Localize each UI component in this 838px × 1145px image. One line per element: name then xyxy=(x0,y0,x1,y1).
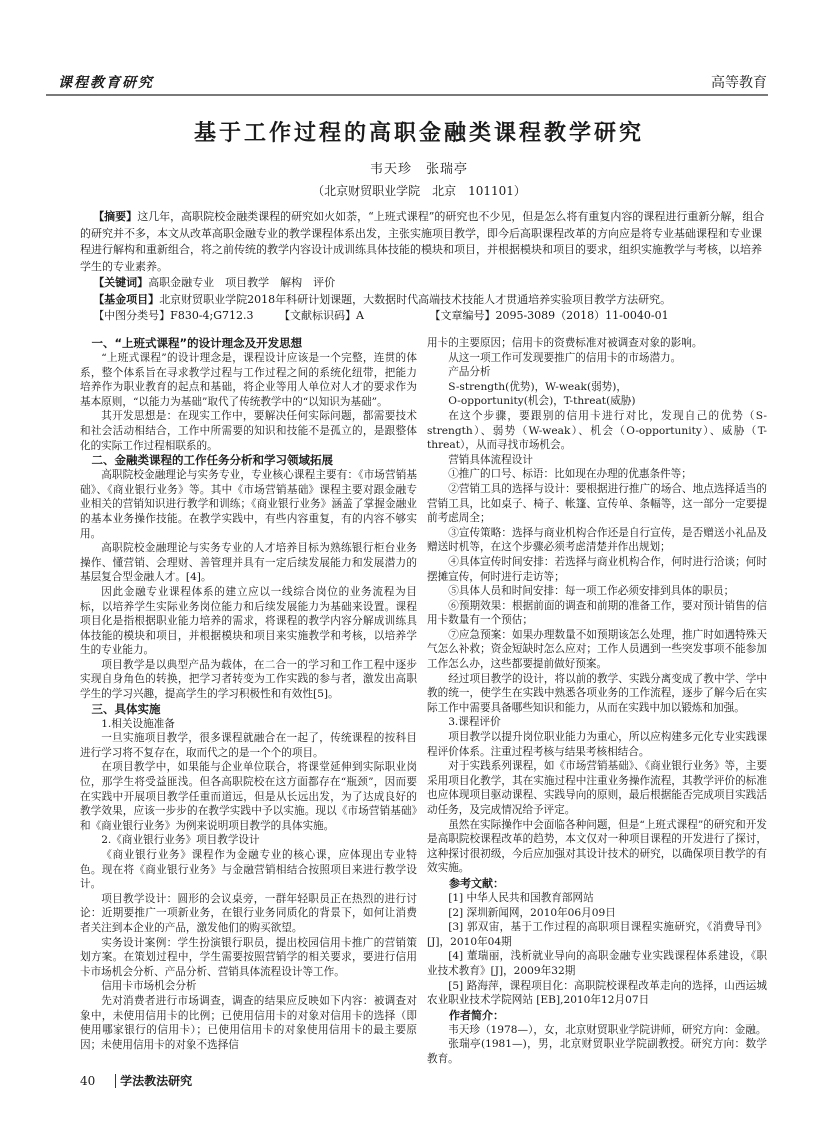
paragraph: ①推广的口号、标语：比如现在办理的优惠条件等； xyxy=(427,467,767,482)
paragraph: 用卡的主要原因；信用卡的资费标准对被调查对象的影响。 xyxy=(427,336,767,351)
paragraph: [2] 深圳新闻网，2010年06月09日 xyxy=(427,906,767,921)
paragraph: ②营销工具的选择与设计：要根据进行推广的场合、地点选择适当的营销工具，比如桌子、… xyxy=(427,482,767,526)
article-title: 基于工作过程的高职金融类课程教学研究 xyxy=(0,116,838,147)
paragraph: O-opportunity(机会)，T-threat(威胁) xyxy=(427,394,767,409)
running-header-section: 高等教育 xyxy=(711,72,767,92)
paragraph: 高职院校金融理论与实务专业，专业核心课程主要有：《市场营销基础》、《商业银行业务… xyxy=(80,468,417,541)
abstract-text: 这几年，高职院校金融类课程的研究如火如荼，“上班式课程”的研究也不少见，但是怎么… xyxy=(80,210,764,273)
paragraph: 从这一项工作可发现要推广的信用卡的市场潜力。 xyxy=(427,351,767,366)
abstract-label: 【摘要】 xyxy=(93,210,137,223)
article-number: 【文章编号】2095-3089（2018）11-0040-01 xyxy=(429,309,668,322)
paragraph: ⑥预期效果：根据前面的调查和前期的准备工作，要对预计销售的信用卡数量有一个预估； xyxy=(427,599,767,628)
paragraph: S-strength(优势)，W-weak(弱势)， xyxy=(427,380,767,395)
paragraph: ⑦应急预案：如果办理数量不如预期该怎么处理，推广时如遇特殊天气怎么补救；资金短缺… xyxy=(427,628,767,672)
paragraph: 经过项目教学的设计，将以前的教学、实践分离变成了教中学、学中教的统一，使学生在实… xyxy=(427,672,767,716)
paragraph: 韦天珍（1978—），女，北京财贸职业学院讲师，研究方向：金融。 xyxy=(427,1023,767,1038)
paragraph: 营销具体流程设计 xyxy=(427,453,767,468)
clc-number: 【中图分类号】F830-4;G712.3 xyxy=(93,309,253,322)
footer-journal-name: 学法教法研究 xyxy=(115,1074,192,1088)
paragraph: ⑤具体人员和时间安排：每一项工作必须安排到具体的职员； xyxy=(427,584,767,599)
paragraph: 2.《商业银行业务》项目教学设计 xyxy=(80,833,417,848)
classification-row: 【中图分类号】F830-4;G712.3 【文献标识码】A 【文章编号】2095… xyxy=(80,308,768,325)
page-footer: 40 学法教法研究 xyxy=(80,1072,192,1089)
section-heading: 二、金融类课程的工作任务分析和学习领域拓展 xyxy=(80,453,417,468)
document-code: 【文献标识码】A xyxy=(279,309,364,322)
paragraph: 实务设计案例：学生扮演银行职员，提出校园信用卡推广的营销策划方案。在策划过程中，… xyxy=(80,936,417,980)
paragraph: 产品分析 xyxy=(427,365,767,380)
page-number: 40 xyxy=(80,1074,95,1088)
paragraph: 3.课程评价 xyxy=(427,715,767,730)
paragraph: 信用卡市场机会分析 xyxy=(80,979,417,994)
abstract: 【摘要】这几年，高职院校金融类课程的研究如火如荼，“上班式课程”的研究也不少见，… xyxy=(80,209,768,275)
header-divider xyxy=(46,94,768,96)
paragraph: “上班式课程”的设计理念是，课程设计应该是一个完整，连贯的体系，整个体系旨在寻求… xyxy=(80,351,417,409)
paragraph: [4] 董瑞丽，浅析就业导向的高职金融专业实践课程体系建设，《职业技术教育》[J… xyxy=(427,949,767,978)
running-header: 课程教育研究 高等教育 xyxy=(56,72,767,94)
paragraph: 一旦实施项目教学，很多课程就融合在一起了，传统课程的按科目进行学习将不复存在，取… xyxy=(80,731,417,760)
article-metadata: 【摘要】这几年，高职院校金融类课程的研究如火如荼，“上班式课程”的研究也不少见，… xyxy=(80,209,768,325)
paragraph: 项目教学设计：圆形的会议桌旁，一群年轻职员正在热烈的进行讨论：近期要推广一项新业… xyxy=(80,892,417,936)
paragraph: 《商业银行业务》课程作为金融专业的核心课，应体现出专业特色。现在将《商业银行业务… xyxy=(80,848,417,892)
paragraph: 对于实践系列课程，如《市场营销基础》、《商业银行业务》等，主要采用项目化教学，其… xyxy=(427,759,767,817)
paragraph: 项目教学以提升岗位职业能力为重心，所以应构建多元化专业实践课程评价体系。注重过程… xyxy=(427,730,767,759)
paragraph: 在这个步骤，要跟别的信用卡进行对比，发现自己的优势（S-strength）、弱势… xyxy=(427,409,767,453)
paragraph: 张瑞亭(1981—)，男，北京财贸职业学院副教授。研究方向：数学教育。 xyxy=(427,1037,767,1066)
paragraph: [5] 路海萍，课程项目化：高职院校课程改革走向的选择，山西运城农业职业技术学院… xyxy=(427,979,767,1008)
keywords-label: 【关键词】 xyxy=(93,276,148,289)
paragraph: ③宣传策略：选择与商业机构合作还是自行宣传，是否赠送小礼品及赠送时机等，在这个步… xyxy=(427,526,767,555)
paragraph: 其开发思想是：在现实工作中，要解决任何实际问题，都需要技术和社会活动相结合，工作… xyxy=(80,409,417,453)
section-heading: 作者简介： xyxy=(427,1008,767,1023)
body-column-left: 一、“上班式课程”的设计理念及开发思想“上班式课程”的设计理念是，课程设计应该是… xyxy=(80,336,417,1052)
paragraph: 高职院校金融理论与实务专业的人才培养目标为熟练银行柜台业务操作、懂营销、会理财、… xyxy=(80,541,417,585)
section-heading: 参考文献： xyxy=(427,876,767,891)
paragraph: 项目教学是以典型产品为载体，在二合一的学习和工作工程中逐步实现自身角色的转换，把… xyxy=(80,658,417,702)
paragraph: 虽然在实际操作中会面临各种问题，但是“上班式课程”的研究和开发是高职院校课程改革… xyxy=(427,818,767,876)
article-affiliation: （北京财贸职业学院 北京 101101） xyxy=(0,182,838,199)
paragraph: 因此金融专业课程体系的建立应以一线综合岗位的业务流程为目标，以培养学生实际业务岗… xyxy=(80,585,417,658)
paragraph: 先对消费者进行市场调查，调查的结果应反映如下内容：被调查对象中，未使用信用卡的比… xyxy=(80,994,417,1052)
running-header-column-name: 课程教育研究 xyxy=(58,72,154,92)
body-column-right: 用卡的主要原因；信用卡的资费标准对被调查对象的影响。从这一项工作可发现要推广的信… xyxy=(427,336,767,1067)
section-heading: 三、具体实施 xyxy=(80,702,417,717)
paragraph: 在项目教学中，如果能与企业单位联合，将课堂延伸到实际职业岗位，那学生将受益匪浅。… xyxy=(80,760,417,833)
fund-project: 【基金项目】北京财贸职业学院2018年科研计划课题，大数据时代高端技术技能人才贯… xyxy=(80,292,768,309)
keywords: 【关键词】高职金融专业 项目教学 解构 评价 xyxy=(80,275,768,292)
paragraph: ④具体宣传时间安排：若选择与商业机构合作，何时进行洽谈；何时摆摊宣传，何时进行走… xyxy=(427,555,767,584)
keywords-text: 高职金融专业 项目教学 解构 评价 xyxy=(148,276,335,289)
paragraph: [3] 郭双宙，基于工作过程的高职项目课程实施研究，《消费导刊》[J]，2010… xyxy=(427,920,767,949)
section-heading: 一、“上班式课程”的设计理念及开发思想 xyxy=(80,336,417,351)
paragraph: [1] 中华人民共和国教育部网站 xyxy=(427,891,767,906)
fund-label: 【基金项目】 xyxy=(93,293,159,306)
paragraph: 1.相关设施准备 xyxy=(80,717,417,732)
article-authors: 韦天珍 张瑞亭 xyxy=(0,158,838,177)
fund-text: 北京财贸职业学院2018年科研计划课题，大数据时代高端技术技能人才贯通培养实验项… xyxy=(159,293,671,306)
